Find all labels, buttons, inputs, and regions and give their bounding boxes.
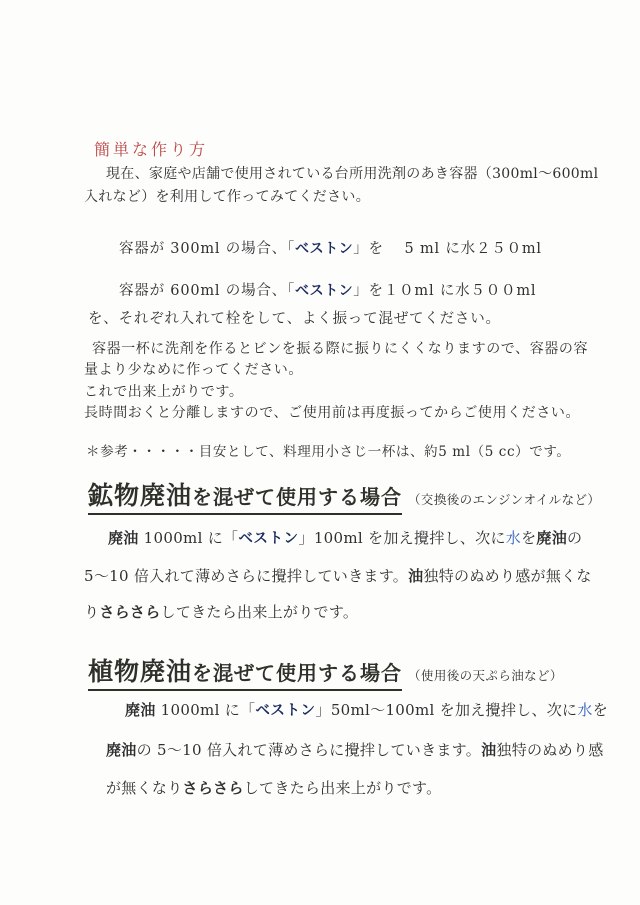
heading-main: 植物廃油 <box>88 657 192 686</box>
body-line: 廃油の 5〜10 倍入れて薄めさらに攪拌していきます。油独特のぬめり感 <box>106 731 608 770</box>
text-segment: してきたら出来上がりです。 <box>244 779 442 797</box>
text-segment: 廃油 <box>108 529 139 547</box>
section-body-mineral-oil: 廃油 1000ml に「ベストン」100ml を加え攪拌し、次に水を廃油の 5〜… <box>84 520 592 631</box>
heading-rest: を混ぜて使用する場合 <box>192 661 402 685</box>
text-segment: 廃油 <box>536 529 567 547</box>
text-segment: 1000ml に「 <box>156 701 256 719</box>
text-segment: 独特のぬめり感 <box>496 741 603 759</box>
heading-underlined-text: 植物廃油を混ぜて使用する場合 <box>88 652 402 691</box>
text-segment: を <box>521 529 536 547</box>
text-segment: 容器が 600ml の場合、「 <box>119 283 295 299</box>
intro-paragraph: 現在、家庭や店舗で使用されている台所用洗剤のあき容器（300ml〜600ml 入… <box>84 163 598 209</box>
text-segment: を <box>593 701 608 719</box>
text-segment: 独特のぬめり感が無くな <box>423 567 591 585</box>
text-segment: 容器が 300ml の場合、「 <box>119 241 295 257</box>
mix-instruction-line: を、それぞれ入れて栓をして、よく振って混ぜてください。 <box>88 307 501 328</box>
body-line: 廃油 1000ml に「ベストン」100ml を加え攪拌し、次に水を廃油の <box>84 520 592 558</box>
text-segment: 油 <box>408 567 423 585</box>
text-segment: が無くなり <box>106 779 183 797</box>
heading-main: 鉱物廃油 <box>88 481 192 510</box>
intro-line: 入れなど）を利用して作ってみてください。 <box>84 186 598 209</box>
heading-underlined-text: 鉱物廃油を混ぜて使用する場合 <box>88 476 402 515</box>
text-segment: 」を１０ml に水５００ml <box>353 283 536 299</box>
body-line: 5〜10 倍入れて薄めさらに攪拌していきます。油独特のぬめり感が無くな <box>84 558 592 595</box>
heading-note: （交換後のエンジンオイルなど） <box>408 492 600 507</box>
intro-line: 現在、家庭や店舗で使用されている台所用洗剤のあき容器（300ml〜600ml <box>84 163 598 186</box>
text-segment: 5〜10 倍入れて薄めさらに攪拌していきます。 <box>84 567 408 585</box>
brand-name-text: ベストン <box>238 530 298 547</box>
brand-name-text: ベストン <box>295 283 353 299</box>
text-segment: さらさら <box>99 603 160 621</box>
page-title: 簡単な作り方 <box>94 137 208 160</box>
brand-name-text: ベストン <box>255 702 315 719</box>
text-segment: 水 <box>506 529 521 547</box>
note-line: 量より少なめに作ってください。 <box>84 360 588 381</box>
heading-rest: を混ぜて使用する場合 <box>192 485 402 509</box>
text-segment: の 5〜10 倍入れて薄めさらに攪拌していきます。 <box>137 741 481 759</box>
notes-paragraph: 容器一杯に洗剤を作るとビンを振る際に振りにくくなりますので、容器の容 量より少な… <box>84 339 588 424</box>
text-segment: さらさら <box>183 779 244 797</box>
text-segment: してきたら出来上がりです。 <box>161 603 359 621</box>
text-segment: 」50ml〜100ml を加え攪拌し、次に <box>316 701 578 719</box>
text-segment: 水 <box>577 701 592 719</box>
reference-note: ＊参考・・・・・目安として、料理用小さじ一杯は、約5 ml（5 cc）です。 <box>86 440 570 460</box>
recipe-line-300ml: 容器が 300ml の場合、「ベストン」を 5 ml に水２５０ml <box>119 237 542 258</box>
section-heading-vegetable-oil: 植物廃油を混ぜて使用する場合（使用後の天ぷら油など） <box>88 652 563 691</box>
body-line: 廃油 1000ml に「ベストン」50ml〜100ml を加え攪拌し、次に水を <box>106 691 608 731</box>
body-line: が無くなりさらさらしてきたら出来上がりです。 <box>106 769 608 808</box>
recipe-line-600ml: 容器が 600ml の場合、「ベストン」を１０ml に水５００ml <box>119 279 536 300</box>
scanned-document-page: 簡単な作り方 現在、家庭や店舗で使用されている台所用洗剤のあき容器（300ml〜… <box>0 0 640 905</box>
text-segment: の <box>567 529 582 547</box>
text-segment: り <box>84 603 99 621</box>
brand-name-text: ベストン <box>295 241 353 257</box>
note-line: これで出来上がりです。 <box>84 382 588 403</box>
text-segment: 廃油 <box>125 701 156 719</box>
text-segment: 廃油 <box>106 741 137 759</box>
section-body-vegetable-oil: 廃油 1000ml に「ベストン」50ml〜100ml を加え攪拌し、次に水を … <box>106 691 608 808</box>
text-segment: 」100ml を加え攪拌し、次に <box>299 529 506 547</box>
note-line: 長時間おくと分離しますので、ご使用前は再度振ってからご使用ください。 <box>84 403 588 424</box>
note-line: 容器一杯に洗剤を作るとビンを振る際に振りにくくなりますので、容器の容 <box>84 339 588 360</box>
section-heading-mineral-oil: 鉱物廃油を混ぜて使用する場合（交換後のエンジンオイルなど） <box>88 476 600 515</box>
text-segment: 油 <box>481 741 496 759</box>
heading-note: （使用後の天ぷら油など） <box>408 668 563 683</box>
body-line: りさらさらしてきたら出来上がりです。 <box>84 594 592 631</box>
text-segment: 」を 5 ml に水２５０ml <box>353 241 542 257</box>
text-segment: 1000ml に「 <box>139 529 239 547</box>
